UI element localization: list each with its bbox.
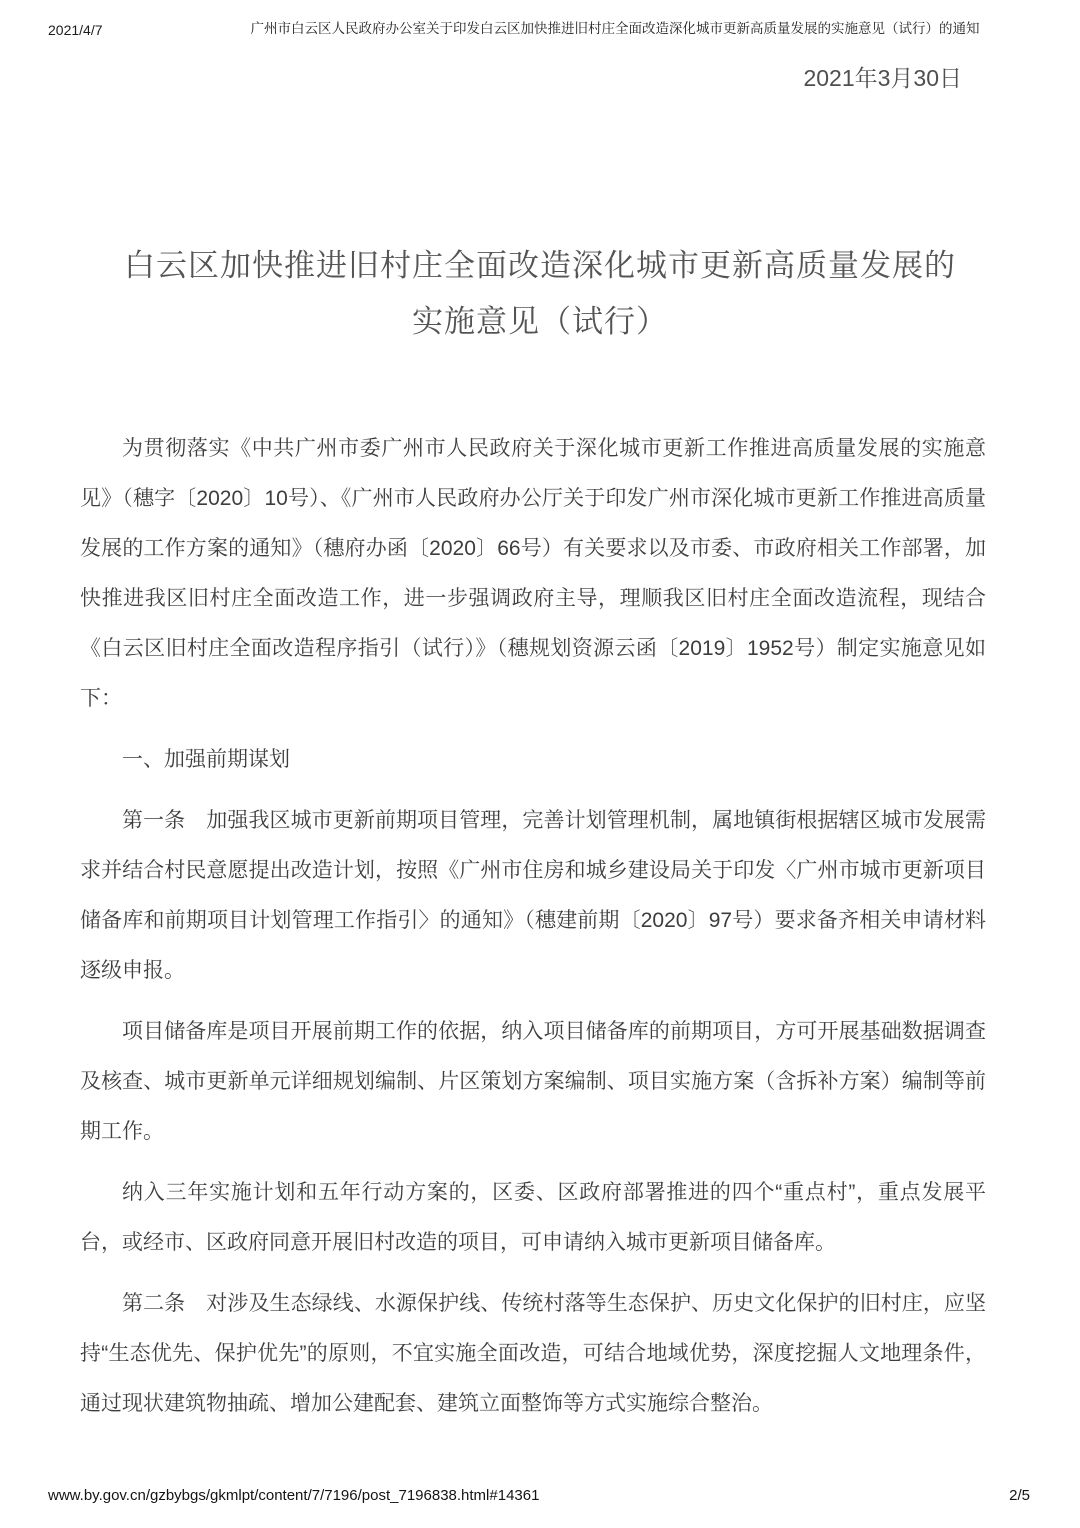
- document-body: 为贯彻落实《中共广州市委广州市人民政府关于深化城市更新工作推进高质量发展的实施意…: [80, 424, 986, 1440]
- body-paragraph: 第一条 加强我区城市更新前期项目管理，完善计划管理机制，属地镇街根据辖区城市发展…: [80, 796, 986, 996]
- print-header-date: 2021/4/7: [48, 20, 198, 38]
- printed-document-page: 2021/4/7 广州市白云区人民政府办公室关于印发白云区加快推进旧村庄全面改造…: [0, 0, 1080, 1528]
- document-title-line-2: 实施意见（试行）: [60, 294, 1020, 350]
- print-footer-url: www.by.gov.cn/gzbybgs/gkmlpt/content/7/7…: [48, 1487, 539, 1504]
- print-header-document-name: 广州市白云区人民政府办公室关于印发白云区加快推进旧村庄全面改造深化城市更新高质量…: [198, 20, 1032, 38]
- print-footer-page-number: 2/5: [1009, 1487, 1030, 1504]
- body-paragraph: 项目储备库是项目开展前期工作的依据，纳入项目储备库的前期项目，方可开展基础数据调…: [80, 1007, 986, 1157]
- section-heading: 一、加强前期谋划: [80, 735, 986, 785]
- body-paragraph: 第二条 对涉及生态绿线、水源保护线、传统村落等生态保护、历史文化保护的旧村庄，应…: [80, 1279, 986, 1429]
- document-issue-date: 2021年3月30日: [803, 60, 962, 93]
- print-header: 2021/4/7 广州市白云区人民政府办公室关于印发白云区加快推进旧村庄全面改造…: [48, 20, 1032, 38]
- document-title: 白云区加快推进旧村庄全面改造深化城市更新高质量发展的 实施意见（试行）: [60, 238, 1020, 350]
- body-paragraph: 为贯彻落实《中共广州市委广州市人民政府关于深化城市更新工作推进高质量发展的实施意…: [80, 424, 986, 724]
- document-title-line-1: 白云区加快推进旧村庄全面改造深化城市更新高质量发展的: [60, 238, 1020, 294]
- print-footer: www.by.gov.cn/gzbybgs/gkmlpt/content/7/7…: [48, 1487, 1030, 1504]
- body-paragraph: 纳入三年实施计划和五年行动方案的，区委、区政府部署推进的四个“重点村”，重点发展…: [80, 1168, 986, 1268]
